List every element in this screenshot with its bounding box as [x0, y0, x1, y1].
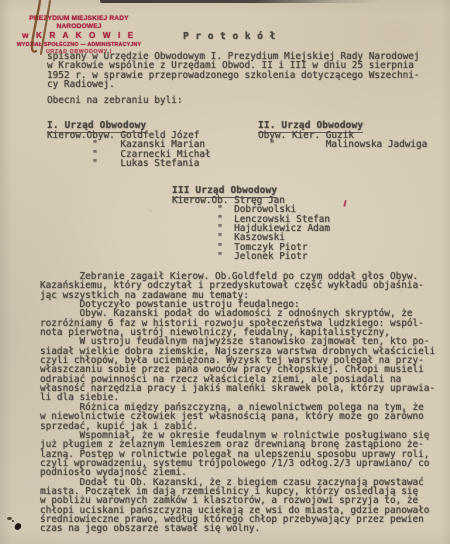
- scanned-protocol-page: PREZYDIUM MIEJSKIEJ RADY NARODOWEJ w K R…: [0, 0, 450, 544]
- body-text: Zebranie zagaił Kierow. Ob.Goldfeld po c…: [40, 272, 435, 534]
- intro-line: cy Radiowej.: [47, 80, 420, 89]
- intro-paragraph: spisany w Urzędzie Obwodowym I. Prezydiu…: [47, 52, 420, 89]
- office-1-attendees: Kierow.Obyw. Goldfeld Józef " Kazanski M…: [47, 131, 211, 168]
- attendees-heading: Obecni na zebraniu byli:: [47, 96, 182, 105]
- ink-blot: [12, 520, 14, 522]
- office-2-attendees: Obyw. Kier. Guzik " Malinowska Jadwiga: [258, 131, 427, 150]
- office-3-attendees: Kierow.Ob. Stręg Jan " Dobrowolski " Len…: [172, 196, 330, 261]
- pen-mark: [26, 0, 60, 58]
- attendee-row: " Jelonek Piotr: [172, 252, 330, 261]
- ink-blot: [14, 522, 22, 531]
- attendee-row: " Malinowska Jadwiga: [258, 140, 427, 149]
- attendee-row: " Lukas Stefania: [47, 159, 211, 168]
- top-edge-scan-shadow: [100, 0, 380, 3]
- body-line: czas na jego obszarze stawał się wolny.: [40, 524, 435, 533]
- document-title: P r o t o k ó ł: [183, 31, 276, 42]
- red-pen-tick: [343, 200, 347, 207]
